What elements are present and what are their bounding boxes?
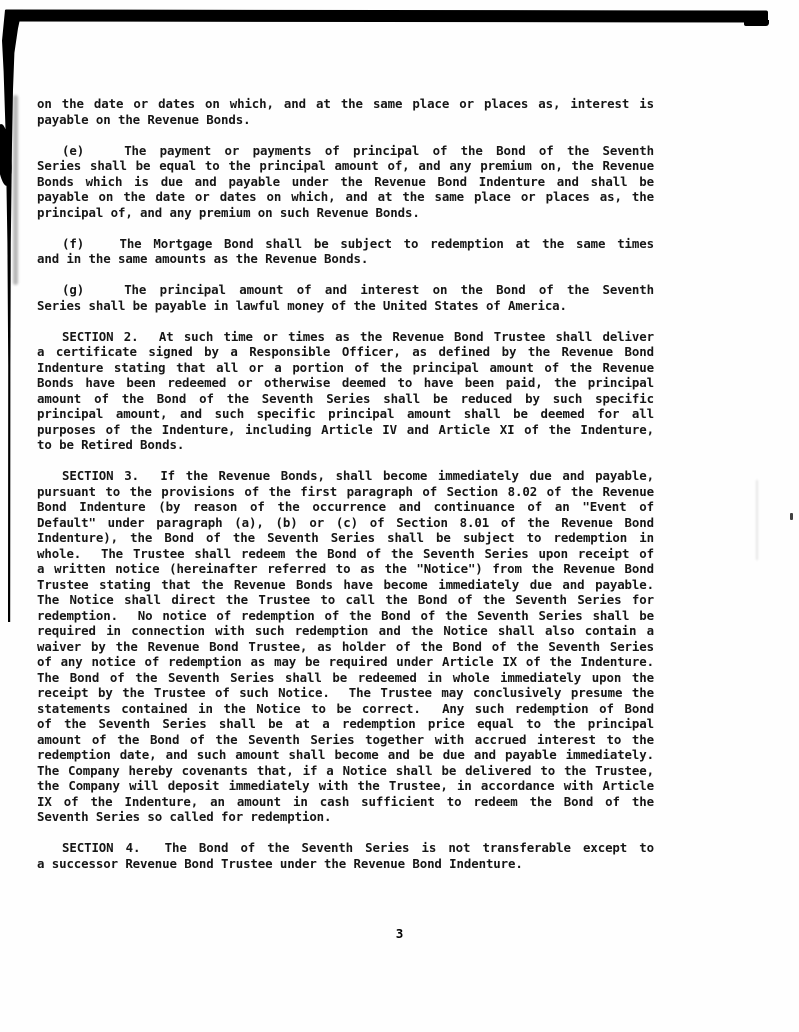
text-block: on the date or dates on which, and at th… <box>37 96 654 871</box>
document-page: on the date or dates on which, and at th… <box>0 0 799 1032</box>
text-line: The Bond of the Seventh Series shall be … <box>37 670 654 686</box>
page-number: 3 <box>0 926 799 941</box>
text-line: payable on the Revenue Bonds. <box>37 112 654 128</box>
text-line: purposes of the Indenture, including Art… <box>37 422 654 438</box>
scan-artifact-left-speckle <box>13 95 18 285</box>
text-line: redemption date, and such amount shall b… <box>37 747 654 763</box>
text-paragraph: (f) The Mortgage Bond shall be subject t… <box>37 236 654 267</box>
scan-artifact-right-smudge <box>756 480 758 560</box>
text-line: waiver by the Revenue Bond Trustee, as h… <box>37 639 654 655</box>
text-paragraph: SECTION 3. If the Revenue Bonds, shall b… <box>37 468 654 825</box>
text-line: payable on the date or dates on which, a… <box>37 189 654 205</box>
text-line: Series shall be payable in lawful money … <box>37 298 654 314</box>
text-line: of any notice of redemption as may be re… <box>37 654 654 670</box>
text-line: Series shall be equal to the principal a… <box>37 158 654 174</box>
text-line: SECTION 3. If the Revenue Bonds, shall b… <box>37 468 654 484</box>
scan-artifact-left-streak <box>2 10 22 622</box>
text-line: Seventh Series so called for redemption. <box>37 809 654 825</box>
text-line: redemption. No notice of redemption of t… <box>37 608 654 624</box>
text-line: required in connection with such redempt… <box>37 623 654 639</box>
text-line: Indenture stating that all or a portion … <box>37 360 654 376</box>
text-line: principal of, and any premium on such Re… <box>37 205 654 221</box>
text-line: statements contained in the Notice to be… <box>37 701 654 717</box>
text-line: of the Seventh Series shall be at a rede… <box>37 716 654 732</box>
text-line: The Notice shall direct the Trustee to c… <box>37 592 654 608</box>
text-paragraph: on the date or dates on which, and at th… <box>37 96 654 127</box>
text-line: SECTION 2. At such time or times as the … <box>37 329 654 345</box>
text-line: (g) The principal amount of and interest… <box>37 282 654 298</box>
text-line: amount of the Bond of the Seventh Series… <box>37 732 654 748</box>
text-line: Bond Indenture (by reason of the occurre… <box>37 499 654 515</box>
text-line: to be Retired Bonds. <box>37 437 654 453</box>
text-paragraph: SECTION 2. At such time or times as the … <box>37 329 654 453</box>
text-line: the Company will deposit immediately wit… <box>37 778 654 794</box>
text-line: a successor Revenue Bond Trustee under t… <box>37 856 654 872</box>
text-line: Trustee stating that the Revenue Bonds h… <box>37 577 654 593</box>
text-line: principal amount, and such specific prin… <box>37 406 654 422</box>
text-paragraph: (g) The principal amount of and interest… <box>37 282 654 313</box>
text-line: SECTION 4. The Bond of the Seventh Serie… <box>37 840 654 856</box>
scan-artifact-right-speck <box>790 513 793 520</box>
text-line: pursuant to the provisions of the first … <box>37 484 654 500</box>
text-paragraph: SECTION 4. The Bond of the Seventh Serie… <box>37 840 654 871</box>
text-line: IX of the Indenture, an amount in cash s… <box>37 794 654 810</box>
scan-artifact-top-bar-notch <box>744 20 769 26</box>
text-line: receipt by the Trustee of such Notice. T… <box>37 685 654 701</box>
text-paragraph: (e) The payment or payments of principal… <box>37 143 654 221</box>
text-line: Bonds which is due and payable under the… <box>37 174 654 190</box>
text-line: The Company hereby covenants that, if a … <box>37 763 654 779</box>
text-line: Indenture), the Bond of the Seventh Seri… <box>37 530 654 546</box>
text-line: a written notice (hereinafter referred t… <box>37 561 654 577</box>
text-line: amount of the Bond of the Seventh Series… <box>37 391 654 407</box>
text-line: a certificate signed by a Responsible Of… <box>37 344 654 360</box>
text-line: and in the same amounts as the Revenue B… <box>37 251 654 267</box>
text-line: whole. The Trustee shall redeem the Bond… <box>37 546 654 562</box>
scan-artifact-top-bar <box>5 9 768 22</box>
text-line: (e) The payment or payments of principal… <box>37 143 654 159</box>
text-line: Bonds have been redeemed or otherwise de… <box>37 375 654 391</box>
text-line: Default" under paragraph (a), (b) or (c)… <box>37 515 654 531</box>
text-line: (f) The Mortgage Bond shall be subject t… <box>37 236 654 252</box>
text-line: on the date or dates on which, and at th… <box>37 96 654 112</box>
